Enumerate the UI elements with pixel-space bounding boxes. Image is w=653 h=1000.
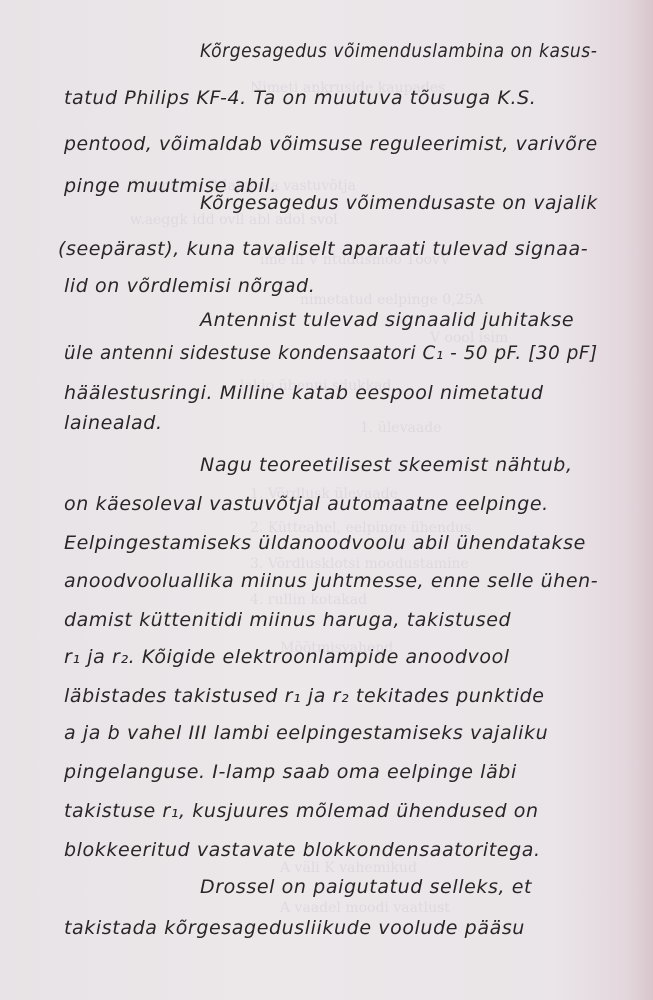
text-line: Nagu teoreetilisest skeemist nähtub, [200, 454, 573, 476]
text-line: lainealad. [64, 412, 163, 434]
text-line: Kõrgesagedus võimenduslambina on kasus- [200, 40, 597, 62]
text-line: Drossel on paigutatud selleks, et [200, 876, 532, 898]
text-line: lid on võrdlemisi nõrgad. [64, 275, 315, 297]
notebook-page: Kõrgesagedus võimenduslambina on kasus- … [0, 0, 653, 1000]
text-line: läbistades takistused r₁ ja r₂ tekitades… [64, 685, 545, 707]
text-line: tatud Philips KF-4. Ta on muutuva tõusug… [64, 87, 536, 109]
text-line: Kõrgesagedus võimendusaste on vajalik [200, 192, 598, 214]
text-line: häälestusringi. Milline katab eespool ni… [64, 382, 544, 404]
text-line: (seepärast), kuna tavaliselt aparaati tu… [58, 238, 588, 260]
text-line: a ja b vahel III lambi eelpingestamiseks… [64, 722, 548, 744]
text-line: r₁ ja r₂. Kõigide elektroonlampide anood… [64, 646, 510, 668]
text-line: pentood, võimaldab võimsuse reguleerimis… [64, 133, 598, 155]
text-line: üle antenni sidestuse kondensaatori C₁ -… [64, 342, 598, 364]
text-line: blokkeeritud vastavate blokkondensaatori… [64, 839, 541, 861]
text-line: Eelpingestamiseks üldanoodvoolu abil ühe… [64, 532, 586, 554]
text-line: takistada kõrgesagedusliikude voolude pä… [64, 917, 525, 939]
text-line: Antennist tulevad signaalid juhitakse [200, 309, 574, 331]
text-line: on käesoleval vastuvõtjal automaatne eel… [64, 493, 549, 515]
text-line: anoodvooluallika miinus juhtmesse, enne … [64, 570, 598, 592]
text-line: damist küttenitidi miinus haruga, takist… [64, 609, 511, 631]
text-line: takistuse r₁, kusjuures mõlemad ühenduse… [64, 800, 539, 822]
text-line: pingelanguse. I-lamp saab oma eelpinge l… [64, 761, 517, 783]
